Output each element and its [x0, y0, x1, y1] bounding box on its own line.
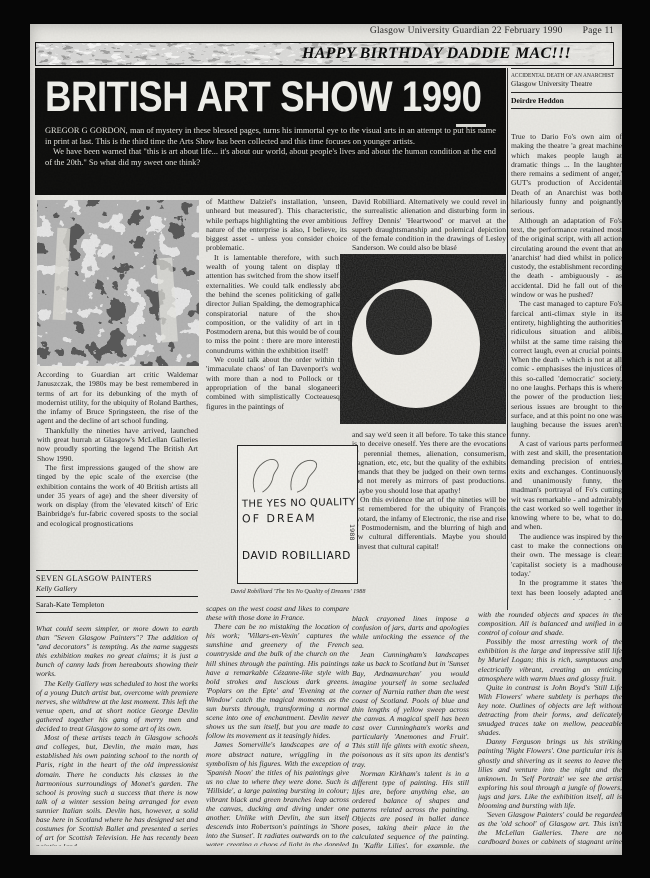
- kelly-venue: Kelly Gallery: [36, 584, 198, 593]
- article-paragraph: David Robilliard. Alternatively we could…: [352, 197, 506, 253]
- newspaper-page: Glasgow University Guardian 22 February …: [30, 24, 622, 855]
- standfirst-paragraph: GREGOR G GORDON, man of mystery in these…: [45, 126, 496, 147]
- banner-text: HAPPY BIRTHDAY DADDIE MAC!!!: [36, 43, 613, 65]
- rule: [511, 108, 622, 109]
- kelly-paragraph: Most of these artists teach in Glasgow s…: [36, 733, 198, 846]
- kelly-col1: What could seem simpler, or more down to…: [36, 624, 198, 846]
- review-venue: Glasgow University Theatre: [511, 80, 622, 88]
- review-paragraph: In the programme it states 'the text has…: [511, 578, 622, 600]
- artwork-caption: David Robilliard 'The Yes No Quality of …: [230, 588, 366, 595]
- rule: [36, 612, 198, 613]
- abstract-photo: [37, 200, 199, 366]
- column-rule: [507, 68, 508, 610]
- article-paragraph: On this evidence the art of the nineties…: [352, 495, 506, 551]
- article-paragraph: and say we'd seen it all before. To take…: [352, 430, 506, 495]
- article-paragraph: According to Guardian art critic Waldema…: [37, 370, 198, 426]
- rule: [36, 570, 198, 571]
- kelly-paragraph: Danny Ferguson brings us his striking pa…: [478, 737, 622, 810]
- standfirst: GREGOR G GORDON, man of mystery in these…: [45, 126, 496, 168]
- kelly-paragraph: black crayoned lines impose a confusion …: [352, 614, 469, 650]
- article-paragraph: Thankfully the nineties have arrived, la…: [37, 426, 198, 463]
- birthday-banner: HAPPY BIRTHDAY DADDIE MAC!!!: [35, 42, 614, 66]
- headline-box: BRITISH ART SHOW 1990 GREGOR G GORDON, m…: [35, 68, 506, 195]
- review-header: ACCIDENTAL DEATH OF AN ANARCHIST Glasgow…: [511, 68, 622, 109]
- kelly-paragraph: Jean Cunningham's landscapes take us bac…: [352, 650, 469, 768]
- kelly-header: SEVEN GLASGOW PAINTERS Kelly Gallery Sar…: [36, 570, 198, 613]
- face-sketch: [240, 448, 356, 496]
- rule: [36, 596, 198, 597]
- review-paragraph: The audience was inspired by the cast to…: [511, 532, 622, 578]
- kelly-paragraph: There can be no mistaking the location o…: [206, 622, 349, 740]
- headline-dash: [456, 124, 486, 127]
- masthead: Glasgow University Guardian 22 February …: [370, 26, 614, 36]
- kelly-paragraph: 'Seven Glasgow Painters' could be regard…: [478, 810, 622, 848]
- kelly-paragraph: James Somerville's landscapes are of a m…: [206, 740, 349, 846]
- kelly-col2: scapes on the west coast and likes to co…: [206, 604, 349, 846]
- article-col2: of Matthew Dalziel's installation, 'unse…: [206, 197, 347, 443]
- article-col1: According to Guardian art critic Waldema…: [37, 370, 198, 570]
- review-byline: Deirdre Heddon: [511, 96, 622, 105]
- rule: [511, 92, 622, 93]
- kelly-col4: with the rounded objects and spaces in t…: [478, 610, 622, 848]
- robilliard-card: THE YES NO QUALITY OF DREAM DAVID ROBILL…: [237, 445, 358, 584]
- review-paragraph: A cast of various parts performed with z…: [511, 439, 622, 532]
- kelly-byline: Sarah-Kate Templeton: [36, 600, 198, 609]
- review-paragraph: Although an adaptation of Fo's text, the…: [511, 216, 622, 300]
- review-title: ACCIDENTAL DEATH OF AN ANARCHIST: [511, 72, 602, 79]
- article-paragraph: We could talk about the order within the…: [206, 355, 347, 411]
- kelly-paragraph: What could seem simpler, or more down to…: [36, 624, 198, 679]
- kelly-col3: black crayoned lines impose a confusion …: [352, 614, 469, 848]
- article-headline: BRITISH ART SHOW 1990: [45, 72, 428, 122]
- kelly-paragraph: Norman Kirkham's talent is in a differen…: [352, 769, 469, 848]
- kelly-paragraph: with the rounded objects and spaces in t…: [478, 610, 622, 637]
- card-title-line2: OF DREAM: [242, 512, 317, 526]
- kelly-paragraph: Possibly the most arresting work of the …: [478, 637, 622, 682]
- article-paragraph: It is lamentable therefore, with such a …: [206, 253, 347, 355]
- photo-image: [37, 200, 199, 366]
- kelly-title: SEVEN GLASGOW PAINTERS: [36, 574, 198, 583]
- kelly-paragraph: Quite in contrast is John Boyd's 'Still …: [478, 683, 622, 738]
- card-year: 1988: [348, 524, 356, 541]
- review-body: True to Dario Fo's own aim of making the…: [511, 132, 622, 600]
- article-paragraph: of Matthew Dalziel's installation, 'unse…: [206, 197, 347, 253]
- masthead-title: Glasgow University Guardian 22 February …: [370, 26, 563, 36]
- kelly-paragraph: scapes on the west coast and likes to co…: [206, 604, 349, 622]
- article-paragraph: The first impressions gauged of the show…: [37, 463, 198, 528]
- rule: [511, 68, 622, 69]
- card-title-line1: THE YES NO QUALITY: [242, 497, 355, 510]
- card-artist: DAVID ROBILLIARD: [242, 550, 355, 562]
- standfirst-paragraph: We have been warned that "this is art ab…: [45, 147, 496, 168]
- review-paragraph: True to Dario Fo's own aim of making the…: [511, 132, 622, 216]
- page-number: Page 11: [583, 26, 614, 36]
- artwork-photo: [340, 254, 506, 424]
- scan-background: Glasgow University Guardian 22 February …: [0, 0, 650, 878]
- review-paragraph: The cast managed to capture Fo's farcica…: [511, 299, 622, 438]
- artwork-image: [340, 254, 506, 424]
- kelly-paragraph: The Kelly Gallery was scheduled to host …: [36, 679, 198, 734]
- article-col3-bottom: and say we'd seen it all before. To take…: [352, 430, 506, 608]
- article-col3-top: David Robilliard. Alternatively we could…: [352, 197, 506, 253]
